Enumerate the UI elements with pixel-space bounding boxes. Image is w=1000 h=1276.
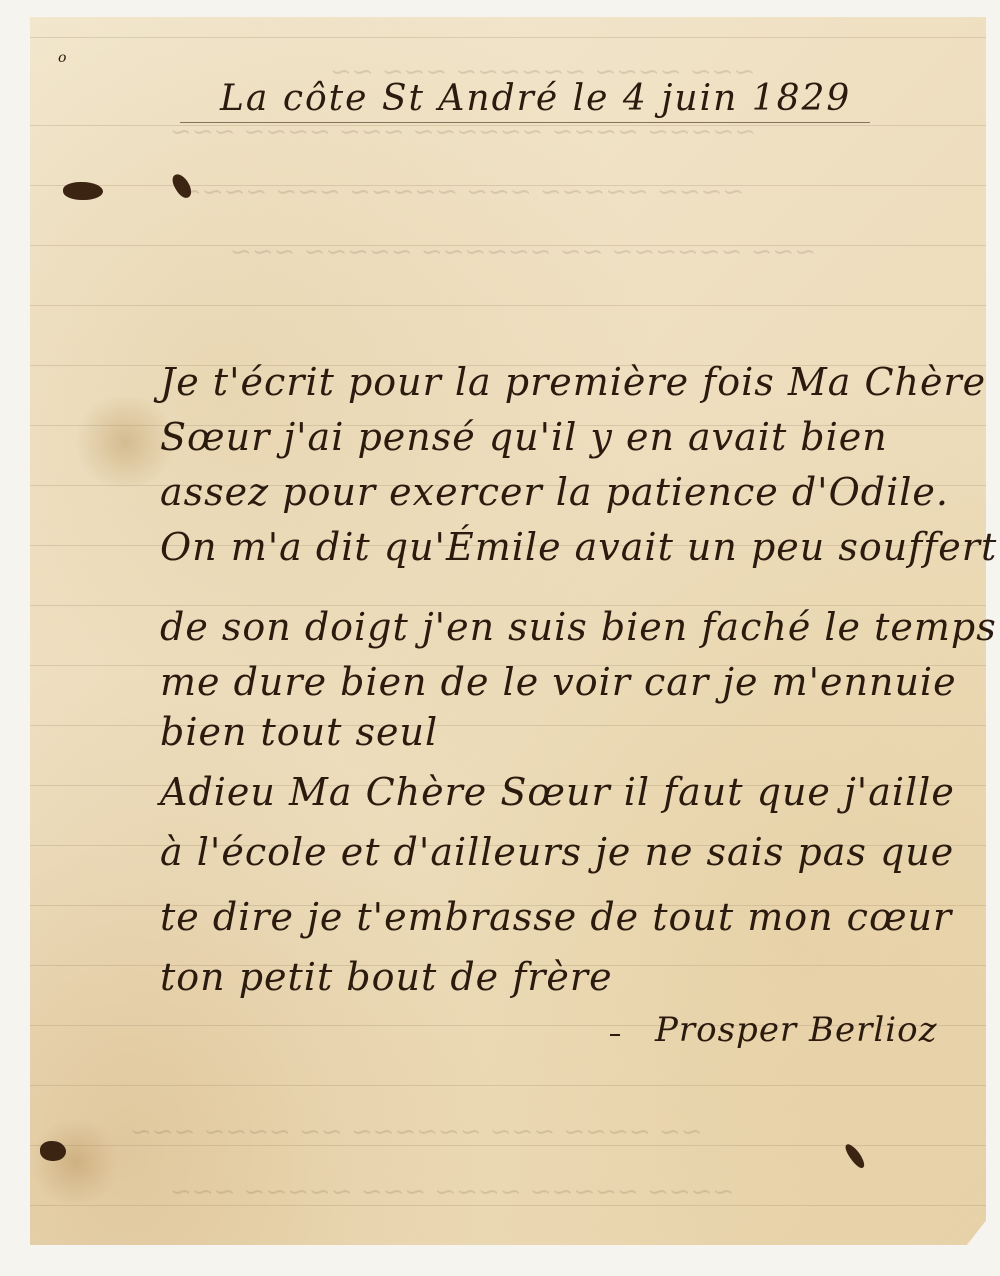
letter-line: bien tout seul	[160, 710, 438, 754]
bleed-through-text: ~~ ~~~~ ~~~ ~~~~~~ ~~ ~~~~ ~~~	[130, 1117, 702, 1147]
letter-line: de son doigt j'en suis bien faché le tem…	[160, 605, 997, 649]
corner-mark: o	[58, 50, 66, 66]
signature-dash	[610, 1034, 620, 1036]
bleed-through-text: ~~~~ ~~~~~ ~~~~ ~~~ ~~~~~ ~~~	[170, 1177, 734, 1207]
letter-line: me dure bien de le voir car je m'ennuie	[160, 660, 957, 704]
letter-line: assez pour exercer la patience d'Odile.	[160, 470, 949, 514]
ink-blot	[63, 182, 103, 200]
ruling-line	[30, 37, 986, 38]
letter-dateline: La côte St André le 4 juin 1829	[220, 78, 851, 119]
ruling-line	[30, 305, 986, 306]
letter-line: Sœur j'ai pensé qu'il y en avait bien	[160, 415, 888, 459]
letter-line: ton petit bout de frère	[160, 955, 613, 999]
dateline-underline	[180, 122, 870, 123]
bleed-through-text: ~~~ ~~~~~~ ~~ ~~~~~~ ~~~~~ ~~~	[230, 237, 816, 267]
ink-blot	[40, 1141, 66, 1161]
letter-line: On m'a dit qu'Émile avait un peu souffer…	[160, 525, 997, 569]
signature: Prosper Berlioz	[655, 1010, 937, 1050]
letter-line: Je t'écrit pour la première fois Ma Chèr…	[160, 360, 986, 404]
letter-line: Adieu Ma Chère Sœur il faut que j'aille	[160, 770, 955, 814]
letter-line: à l'école et d'ailleurs je ne sais pas q…	[160, 830, 954, 874]
water-stain	[30, 1117, 120, 1207]
letter-line: te dire je t'embrasse de tout mon cœur	[160, 895, 952, 939]
ruling-line	[30, 1085, 986, 1086]
bleed-through-text: ~~~~ ~~~~~ ~~~ ~~~~~ ~~~ ~~~~	[180, 177, 744, 207]
